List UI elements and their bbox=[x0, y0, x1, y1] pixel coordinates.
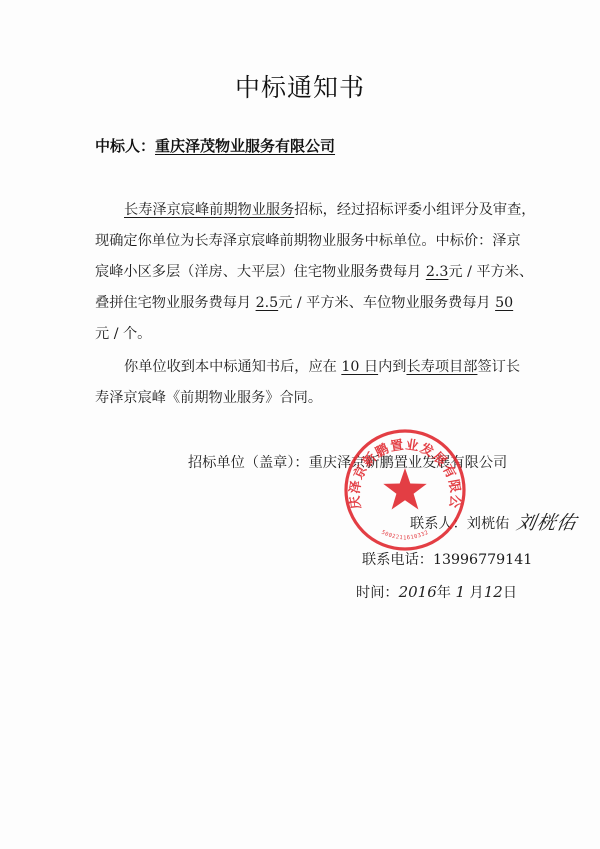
company-seal-icon: 重庆泽京新鹏置业发展有限公司 5002211610332 bbox=[343, 428, 467, 552]
paragraph-line: 叠拼住宅物业服务费每月 2.5元 / 平方米、车位物业服务费每月 50 bbox=[95, 288, 513, 319]
contact-line: 联系人：刘桄佑 bbox=[410, 513, 509, 533]
signing-location: 长寿项目部 bbox=[406, 359, 477, 375]
phone-label: 联系电话： bbox=[362, 552, 433, 568]
date-label: 时间： bbox=[356, 585, 399, 601]
contact-label: 联系人： bbox=[410, 516, 467, 532]
awardee-label: 中标人： bbox=[95, 137, 155, 155]
price-parking: 50 bbox=[495, 295, 513, 311]
awardee-line: 中标人：重庆泽茂物业服务有限公司 bbox=[95, 135, 335, 156]
year-unit: 年 bbox=[437, 585, 451, 601]
text-fragment: 宸峰小区多层（洋房、大平层）住宅物业服务费每月 bbox=[95, 264, 426, 280]
text-fragment: 元 / 平方米、 bbox=[448, 264, 533, 280]
paragraph-line: 宸峰小区多层（洋房、大平层）住宅物业服务费每月 2.3元 / 平方米、 bbox=[95, 257, 513, 288]
paragraph-line: 长寿泽京宸峰前期物业服务招标，经过招标评委小组评分及审查， bbox=[95, 195, 513, 226]
phone-number: 13996779141 bbox=[433, 552, 532, 568]
awardee-name: 重庆泽茂物业服务有限公司 bbox=[155, 137, 335, 155]
text-fragment: 元 / 平方米、车位物业服务费每月 bbox=[278, 295, 495, 311]
month-unit: 月 bbox=[470, 585, 484, 601]
document-page: 中标通知书 中标人：重庆泽茂物业服务有限公司 长寿泽京宸峰前期物业服务招标，经过… bbox=[0, 0, 600, 849]
day-unit: 日 bbox=[503, 585, 517, 601]
paragraph-line: 元 / 个。 bbox=[95, 319, 513, 350]
paragraph-line: 寿泽京宸峰《前期物业服务》合同。 bbox=[95, 383, 513, 414]
date-month-handwritten: 1 bbox=[455, 583, 465, 601]
text-fragment: 签订长 bbox=[477, 359, 520, 375]
days-limit: 10 日 bbox=[341, 359, 378, 375]
issuer-name: 重庆泽京新鹏置业发展有限公司 bbox=[309, 455, 508, 471]
project-name: 长寿泽京宸峰前期物业服务 bbox=[124, 202, 294, 218]
handwritten-signature: 刘桄佑 bbox=[515, 508, 580, 535]
text-fragment: 招标，经过招标评委小组评分及审查， bbox=[294, 202, 535, 218]
paragraph-contract: 你单位收到本中标通知书后，应在 10 日内到长寿项目部签订长 寿泽京宸峰《前期物… bbox=[95, 352, 513, 414]
date-day-handwritten: 12 bbox=[484, 583, 503, 601]
price-multistorey: 2.3 bbox=[426, 264, 449, 280]
paragraph-award: 长寿泽京宸峰前期物业服务招标，经过招标评委小组评分及审查， 现确定你单位为长寿泽… bbox=[95, 195, 513, 350]
contact-name: 刘桄佑 bbox=[467, 516, 510, 532]
text-fragment: 内到 bbox=[378, 359, 406, 375]
issuer-label: 招标单位（盖章）： bbox=[188, 455, 309, 471]
seal-star-icon bbox=[383, 468, 426, 510]
price-stacked: 2.5 bbox=[256, 295, 279, 311]
text-fragment: 叠拼住宅物业服务费每月 bbox=[95, 295, 256, 311]
issuer-line: 招标单位（盖章）：重庆泽京新鹏置业发展有限公司 bbox=[188, 452, 507, 472]
paragraph-line: 你单位收到本中标通知书后，应在 10 日内到长寿项目部签订长 bbox=[95, 352, 513, 383]
date-line: 时间：2016年 1 月12日 bbox=[356, 582, 517, 602]
paragraph-line: 现确定你单位为长寿泽京宸峰前期物业服务中标单位。中标价：泽京 bbox=[95, 226, 513, 257]
text-fragment: 你单位收到本中标通知书后，应在 bbox=[124, 359, 341, 375]
document-title: 中标通知书 bbox=[0, 68, 600, 104]
phone-line: 联系电话：13996779141 bbox=[362, 549, 532, 569]
date-year-handwritten: 2016 bbox=[399, 583, 437, 601]
